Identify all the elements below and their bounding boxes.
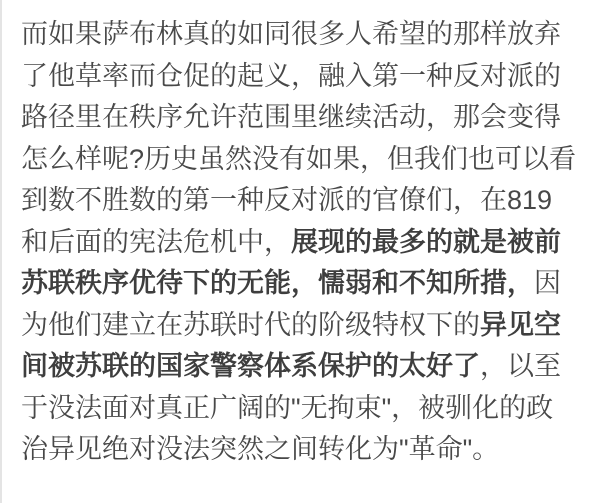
text-line: 路径里在秩序允许范围里继续活动，那会变得 [21,97,586,139]
bold-text-segment: 异见空 [480,310,561,340]
text-segment: ，以至 [480,351,561,381]
text-segment: 路径里在秩序允许范围里继续活动，那会变得 [21,102,561,132]
text-line: 和后面的宪法危机中，展现的最多的就是被前 [21,222,586,264]
text-segment: 为他们建立在苏联时代的阶级特权下的 [21,310,480,340]
bold-text-segment: 间被苏联的国家警察体系保护的太好了 [21,351,480,381]
text-line: 怎么样呢?历史虽然没有如果，但我们也可以看 [21,139,586,181]
text-line: 治异见绝对没法突然之间转化为"革命"。 [21,429,586,471]
article-page: 而如果萨布林真的如同很多人希望的那样放弃了他草率而仓促的起义，融入第一种反对派的… [0,0,600,503]
text-line: 了他草率而仓促的起义，融入第一种反对派的 [21,56,586,98]
text-line: 间被苏联的国家警察体系保护的太好了，以至 [21,346,586,388]
text-segment: 了他草率而仓促的起义，融入第一种反对派的 [21,61,561,91]
text-segment: 因 [534,268,561,298]
text-segment: 治异见绝对没法突然之间转化为"革命"。 [21,434,499,464]
text-line: 于没法面对真正广阔的"无拘束"，被驯化的政 [21,388,586,430]
text-segment: 怎么样呢?历史虽然没有如果，但我们也可以看 [21,144,576,174]
bold-text-segment: 展现的最多的就是被前 [291,227,561,257]
text-segment: 而如果萨布林真的如同很多人希望的那样放弃 [21,19,561,49]
text-segment: 和后面的宪法危机中， [21,227,291,257]
text-line: 到数不胜数的第一种反对派的官僚们，在819 [21,180,586,222]
text-segment: 到数不胜数的第一种反对派的官僚们，在819 [21,185,552,215]
text-line: 为他们建立在苏联时代的阶级特权下的异见空 [21,305,586,347]
article-paragraph: 而如果萨布林真的如同很多人希望的那样放弃了他草率而仓促的起义，融入第一种反对派的… [21,14,586,471]
bold-text-segment: 苏联秩序优待下的无能，懦弱和不知所措， [21,268,534,298]
text-segment: 于没法面对真正广阔的"无拘束"，被驯化的政 [21,393,553,423]
text-line: 而如果萨布林真的如同很多人希望的那样放弃 [21,14,586,56]
text-line: 苏联秩序优待下的无能，懦弱和不知所措，因 [21,263,586,305]
